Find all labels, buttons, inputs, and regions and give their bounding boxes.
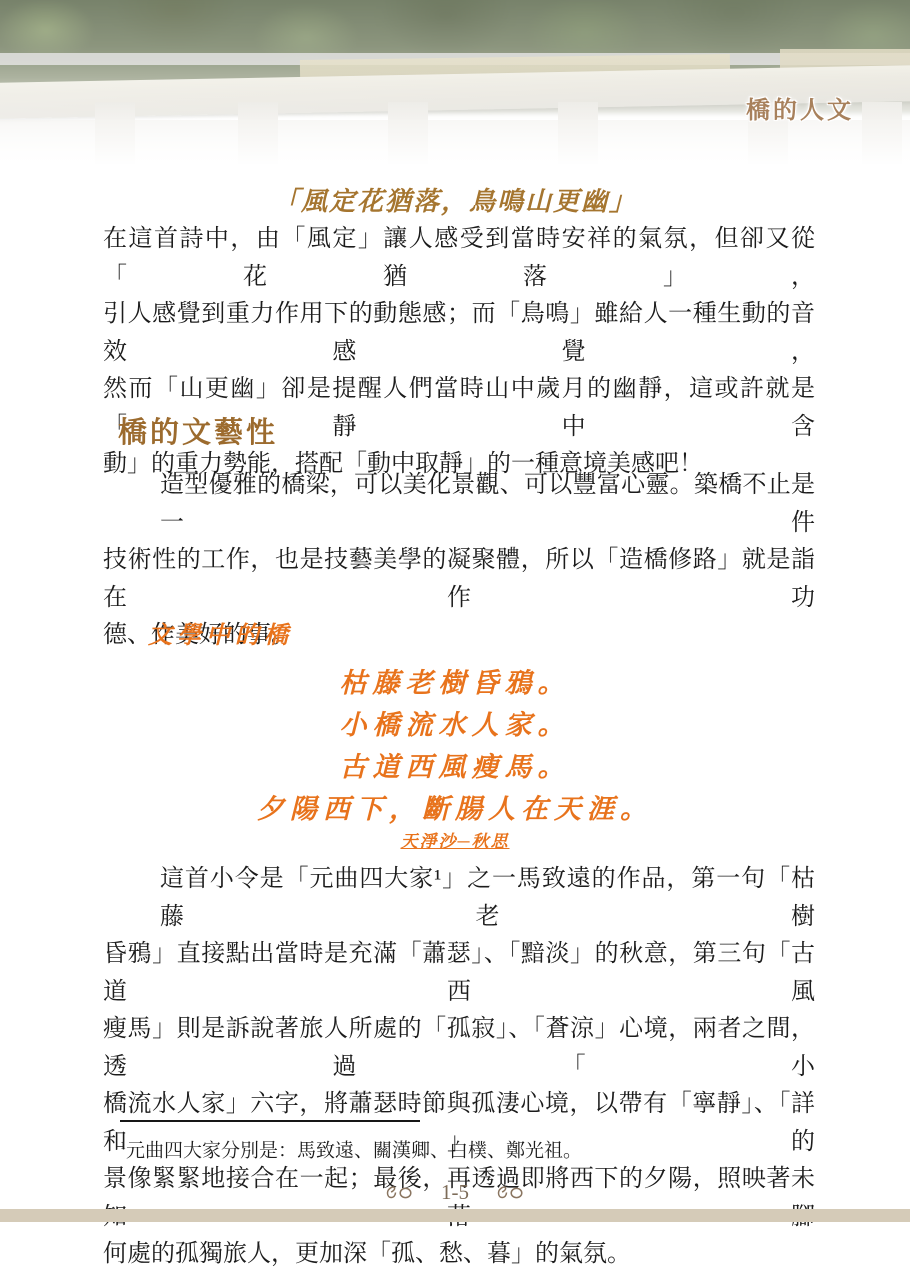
text-line: 枯藤老樹昏鴉。 — [0, 662, 910, 704]
page-number: 1-5 — [441, 1180, 469, 1205]
section-heading: 橋的文藝性 — [118, 410, 278, 451]
text-line: 古道西風瘦馬。 — [0, 746, 910, 788]
text-line: 小橋流水人家。 — [0, 704, 910, 746]
photo-fade-overlay — [0, 0, 910, 172]
text-line: 技術性的工作，也是技藝美學的凝聚體，所以「造橋修路」就是詣在作功 — [103, 542, 815, 617]
quote-title: 「風定花猶落，鳥鳴山更幽」 — [0, 181, 910, 218]
fleuron-ornament-icon — [497, 1180, 524, 1205]
bottom-border-bar — [0, 1209, 910, 1222]
text-line: 這首小令是「元曲四大家¹」之一馬致遠的作品，第一句「枯藤老樹 — [103, 861, 815, 936]
header-bridge-photo: 橋的人文 — [0, 0, 910, 172]
text-line: 引人感覺到重力作用下的動態感；而「鳥鳴」雖給人一種生動的音效感覺， — [103, 296, 815, 371]
text-line: 夕陽西下，斷腸人在天涯。 — [0, 788, 910, 830]
text-line: 何處的孤獨旅人，更加深「孤、愁、暮」的氣氛。 — [103, 1236, 815, 1274]
sub-heading: 文學中的橋 — [148, 615, 293, 650]
fleuron-ornament-icon — [386, 1180, 413, 1205]
footnote: 1元曲四大家分別是：馬致遠、關漢卿、白樸、鄭光祖。 — [120, 1131, 810, 1165]
chapter-corner-title: 橋的人文 — [746, 90, 854, 125]
footnote-divider — [120, 1120, 420, 1122]
page-footer: 1-5 — [0, 1180, 910, 1205]
text-line: 瘦馬」則是訴說著旅人所處的「孤寂」、「蒼涼」心境，兩者之間，透過「小 — [103, 1011, 815, 1086]
document-page: 橋的人文 「風定花猶落，鳥鳴山更幽」 在這首詩中，由「風定」讓人感受到當時安祥的… — [0, 0, 910, 1276]
poem-attribution: 天淨沙─秋思 — [0, 827, 910, 852]
footnote-text: 元曲四大家分別是：馬致遠、關漢卿、白樸、鄭光祖。 — [126, 1140, 582, 1161]
poem: 枯藤老樹昏鴉。小橋流水人家。古道西風瘦馬。夕陽西下，斷腸人在天涯。 — [0, 662, 910, 830]
text-line: 造型優雅的橋梁，可以美化景觀、可以豐富心靈。築橋不止是一件 — [103, 467, 815, 542]
text-line: 在這首詩中，由「風定」讓人感受到當時安祥的氣氛，但卻又從「花猶落」， — [103, 221, 815, 296]
text-line: 昏鴉」直接點出當時是充滿「蕭瑟」、「黯淡」的秋意，第三句「古道西風 — [103, 936, 815, 1011]
